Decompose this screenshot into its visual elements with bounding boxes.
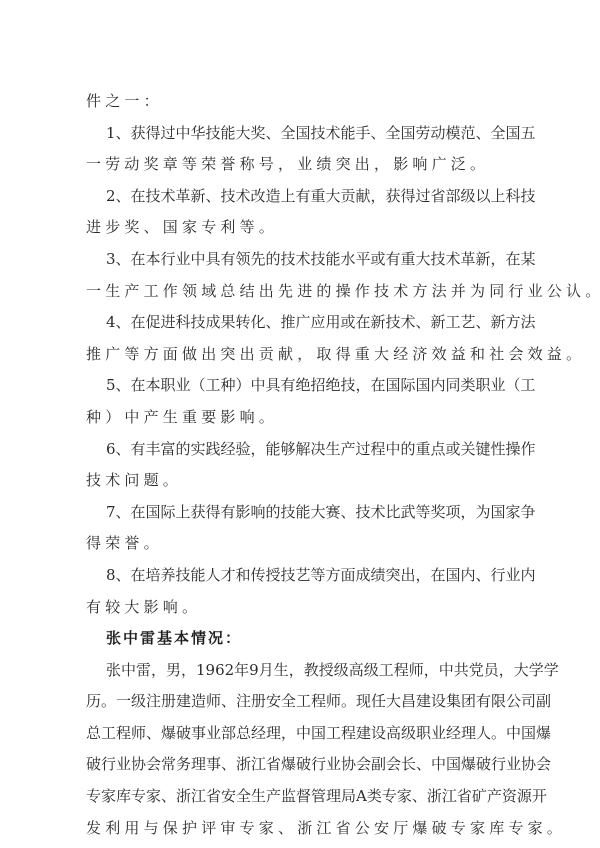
- criterion-line: 1、获得过中华技能大奖、全国技术能手、全国劳动模范、全国五: [86, 118, 516, 150]
- criterion-line: 得荣誉。: [86, 528, 516, 560]
- profile-line: 破行业协会常务理事、浙江省爆破行业协会副会长、中国爆破行业协会: [86, 749, 516, 781]
- criterion-5: 5、在本职业（工种）中具有绝招绝技，在国际国内同类职业（工 种）中产生重要影响。: [86, 370, 516, 433]
- criterion-line: 有较大影响。: [86, 592, 516, 624]
- criterion-line: 7、在国际上获得有影响的技能大赛、技术比武等奖项，为国家争: [86, 497, 516, 529]
- criterion-4: 4、在促进科技成果转化、推广应用或在新技术、新工艺、新方法 推广等方面做出突出贡…: [86, 307, 516, 370]
- criterion-line: 种）中产生重要影响。: [86, 402, 516, 434]
- profile-line: 发利用与保护评审专家、浙江省公安厅爆破专家库专家。: [86, 813, 516, 845]
- intro-fragment: 件之一：: [86, 86, 516, 118]
- criterion-line: 一劳动奖章等荣誉称号，业绩突出，影响广泛。: [86, 149, 516, 181]
- criterion-line: 5、在本职业（工种）中具有绝招绝技，在国际国内同类职业（工: [86, 370, 516, 402]
- criterion-line: 4、在促进科技成果转化、推广应用或在新技术、新工艺、新方法: [86, 307, 516, 339]
- criterion-2: 2、在技术革新、技术改造上有重大贡献，获得过省部级以上科技 进步奖、国家专利等。: [86, 181, 516, 244]
- criterion-line: 一生产工作领域总结出先进的操作技术方法并为同行业公认。: [86, 276, 516, 308]
- criterion-line: 6、有丰富的实践经验，能够解决生产过程中的重点或关键性操作: [86, 434, 516, 466]
- profile-paragraph: 张中雷，男，1962年9月生，教授级高级工程师，中共党员，大学学 历。一级注册建…: [86, 655, 516, 845]
- profile-line: 历。一级注册建造师、注册安全工程师。现任大昌建设集团有限公司副: [86, 686, 516, 718]
- criterion-6: 6、有丰富的实践经验，能够解决生产过程中的重点或关键性操作 技术问题。: [86, 434, 516, 497]
- criterion-line: 2、在技术革新、技术改造上有重大贡献，获得过省部级以上科技: [86, 181, 516, 213]
- criterion-7: 7、在国际上获得有影响的技能大赛、技术比武等奖项，为国家争 得荣誉。: [86, 497, 516, 560]
- criterion-8: 8、在培养技能人才和传授技艺等方面成绩突出，在国内、行业内 有较大影响。: [86, 560, 516, 623]
- criterion-line: 技术问题。: [86, 465, 516, 497]
- profile-line: 张中雷，男，1962年9月生，教授级高级工程师，中共党员，大学学: [86, 655, 516, 687]
- criterion-line: 8、在培养技能人才和传授技艺等方面成绩突出，在国内、行业内: [86, 560, 516, 592]
- profile-heading: 张中雷基本情况：: [86, 623, 516, 655]
- criterion-line: 推广等方面做出突出贡献，取得重大经济效益和社会效益。: [86, 339, 516, 371]
- document-page: 件之一： 1、获得过中华技能大奖、全国技术能手、全国劳动模范、全国五 一劳动奖章…: [86, 86, 516, 844]
- profile-line: 专家库专家、浙江省安全生产监督管理局A类专家、浙江省矿产资源开: [86, 781, 516, 813]
- criterion-3: 3、在本行业中具有领先的技术技能水平或有重大技术革新，在某 一生产工作领域总结出…: [86, 244, 516, 307]
- profile-line: 总工程师、爆破事业部总经理，中国工程建设高级职业经理人。中国爆: [86, 718, 516, 750]
- criterion-line: 3、在本行业中具有领先的技术技能水平或有重大技术革新，在某: [86, 244, 516, 276]
- criterion-1: 1、获得过中华技能大奖、全国技术能手、全国劳动模范、全国五 一劳动奖章等荣誉称号…: [86, 118, 516, 181]
- criterion-line: 进步奖、国家专利等。: [86, 212, 516, 244]
